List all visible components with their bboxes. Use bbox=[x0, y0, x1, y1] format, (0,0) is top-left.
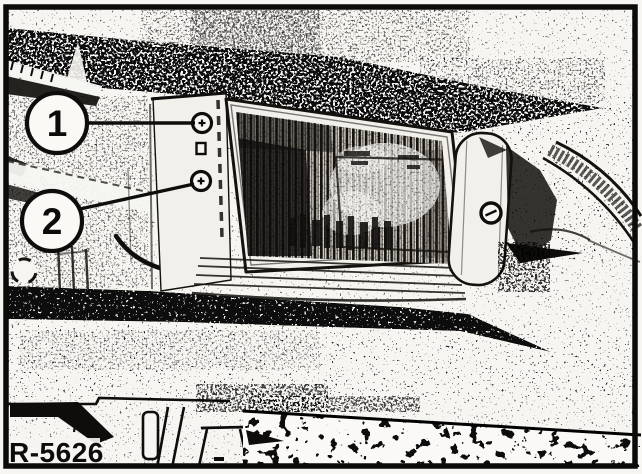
figure-canvas: R-5626 1 2 bbox=[0, 0, 642, 474]
adjustment-screw-2 bbox=[192, 172, 211, 191]
end-cap-screw bbox=[481, 203, 501, 223]
adjustment-screw-1 bbox=[193, 114, 212, 133]
callout-1-label: 1 bbox=[47, 103, 68, 144]
bracket-slot bbox=[197, 143, 206, 154]
manual-figure: R-5626 1 2 bbox=[0, 0, 642, 474]
callout-2-label: 2 bbox=[42, 201, 63, 242]
